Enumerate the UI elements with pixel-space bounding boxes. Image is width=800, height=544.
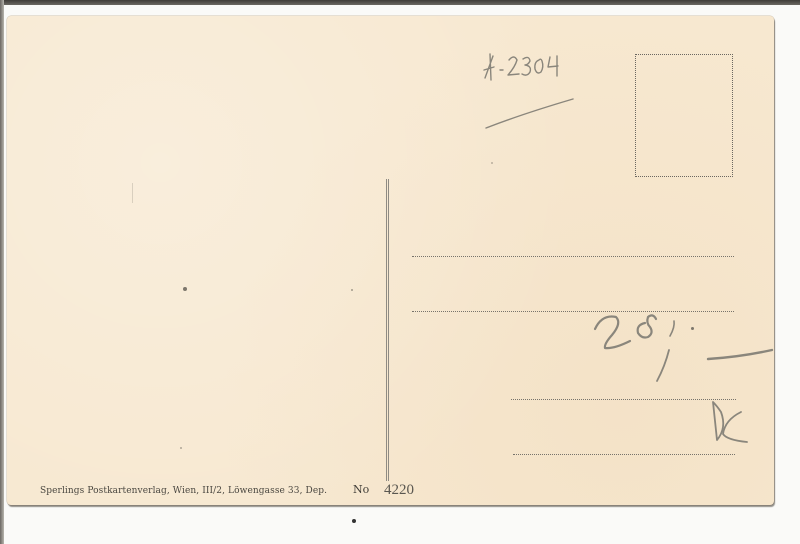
address-line-3 [511,399,736,400]
scanner-top-edge [0,0,800,5]
postcard-back: A-2304 28,— DC [7,16,774,505]
publisher-imprint: Sperlings Postkartenverlag, Wien, III/2,… [40,486,327,496]
paper-speck [183,287,187,291]
address-line-1 [412,256,734,257]
scanned-postcard-page: A-2304 28,— DC [0,0,800,544]
paper-speck [351,289,353,291]
center-divider-line [386,179,389,481]
paper-speck [491,162,493,164]
pencil-price: 28,— [590,311,775,391]
stamp-box [635,54,733,177]
scan-dust-speck [352,519,356,523]
paper-speck [132,183,133,203]
scanner-left-edge [0,0,4,544]
pencil-catalog-ref: A-2304 [477,50,577,120]
address-line-4 [513,454,735,455]
dep-no-label: No [353,483,369,496]
card-number: 4220 [384,482,414,499]
pencil-initials: DC [707,398,762,448]
paper-speck [691,327,694,330]
paper-speck [180,447,182,449]
